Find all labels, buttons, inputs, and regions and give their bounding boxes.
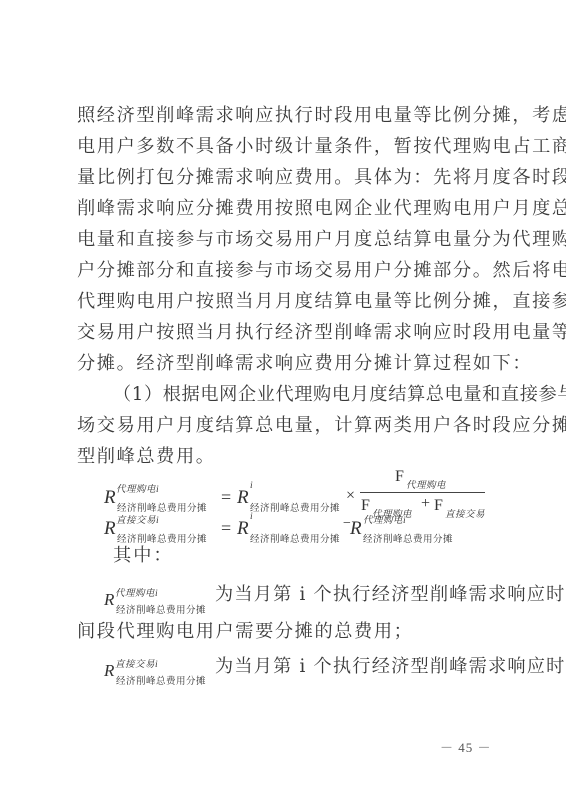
subscript: 经济削峰总费用分摊 (116, 673, 206, 687)
definition-text: 为当月第 i 个执行经济型削峰需求响应时 (215, 655, 495, 679)
page-number: － 45 － (440, 737, 492, 756)
symbol-R: R (104, 661, 114, 681)
superscript: 直接交易i (115, 656, 158, 670)
